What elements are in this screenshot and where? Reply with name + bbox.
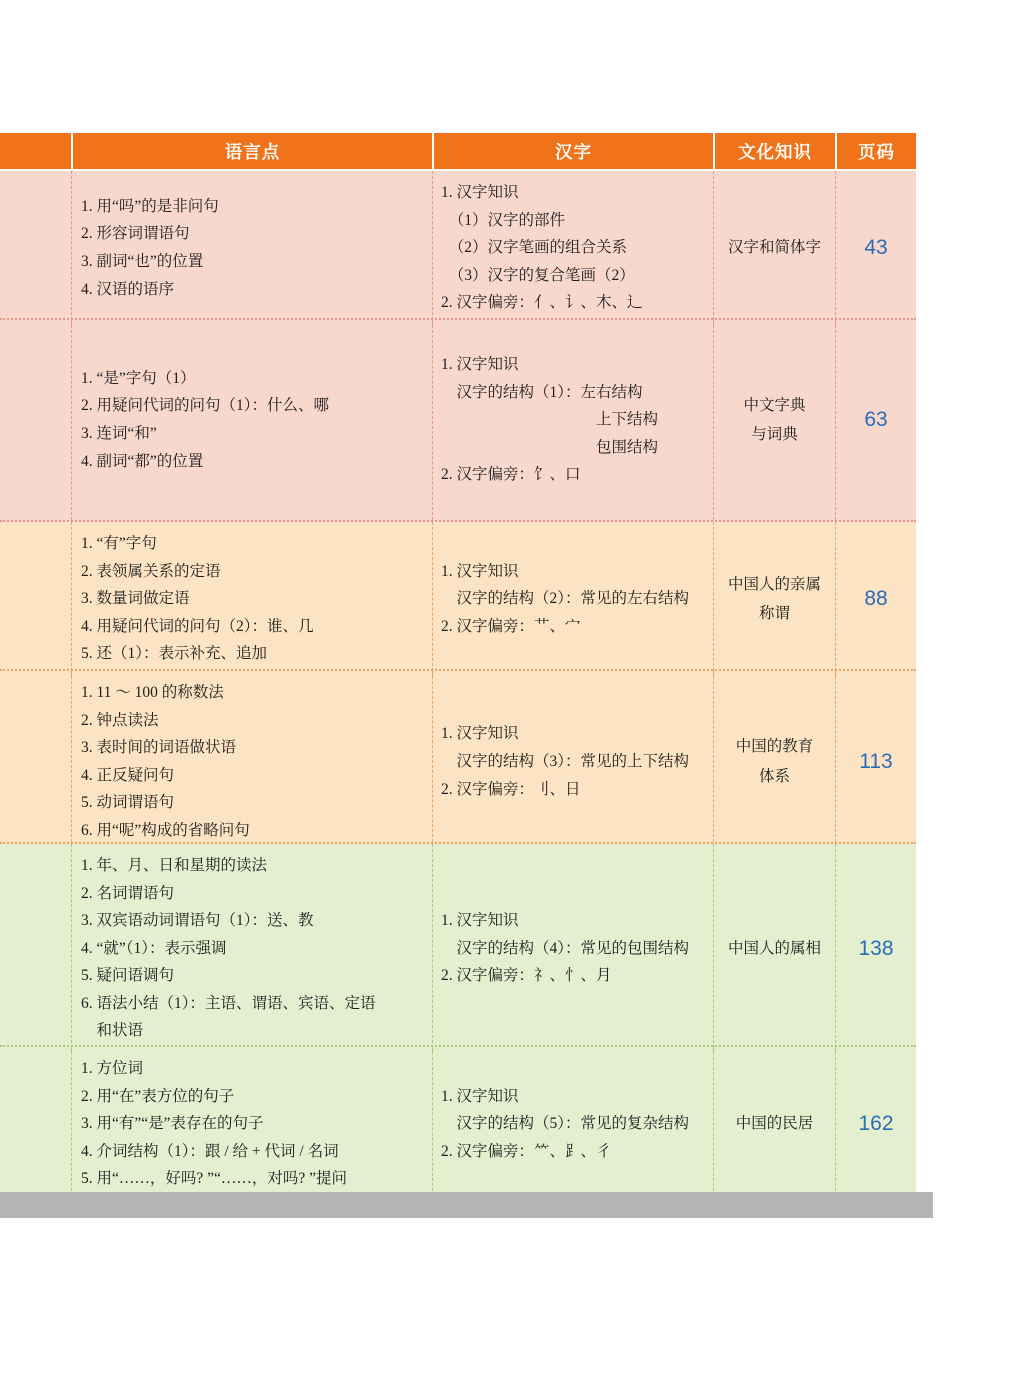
language-points-cell: 1. “有”字句 2. 表领属关系的定语 3. 数量词做定语 4. 用疑问代词的…	[71, 522, 432, 676]
language-points-cell: 1. 用“吗”的是非问句 2. 形容词谓语句 3. 副词“也”的位置 4. 汉语…	[71, 171, 432, 325]
header-cell-spacer	[0, 133, 71, 169]
table-row: 1. 年、月、日和星期的读法 2. 名词谓语句 3. 双宾语动词谓语句（1）：送…	[0, 844, 916, 1047]
culture-cell: 中国的民居	[713, 1047, 835, 1201]
header-cell-hanzi: 汉字	[432, 133, 713, 169]
table-row: 1. 11 ～ 100 的称数法 2. 钟点读法 3. 表时间的词语做状语 4.…	[0, 671, 916, 844]
row-spacer-cell	[0, 522, 71, 676]
language-points-cell: 1. “是”字句（1） 2. 用疑问代词的问句（1）：什么、哪 3. 连词“和”…	[71, 320, 432, 520]
row-spacer-cell	[0, 171, 71, 325]
language-points-cell: 1. 11 ～ 100 的称数法 2. 钟点读法 3. 表时间的词语做状语 4.…	[71, 671, 432, 852]
page-number: 162	[835, 1047, 916, 1201]
row-spacer-cell	[0, 320, 71, 520]
culture-cell: 汉字和简体字	[713, 171, 835, 325]
row-spacer-cell	[0, 844, 71, 1053]
table-row: 1. “有”字句 2. 表领属关系的定语 3. 数量词做定语 4. 用疑问代词的…	[0, 522, 916, 671]
page-number: 88	[835, 522, 916, 676]
language-points-cell: 1. 年、月、日和星期的读法 2. 名词谓语句 3. 双宾语动词谓语句（1）：送…	[71, 844, 432, 1053]
page-number: 43	[835, 171, 916, 325]
page-number: 63	[835, 320, 916, 520]
page-number: 138	[835, 844, 916, 1053]
hanzi-cell: 1. 汉字知识 汉字的结构（2）：常见的左右结构 2. 汉字偏旁：艹、宀	[432, 522, 713, 676]
hanzi-cell: 1. 汉字知识 汉字的结构（5）：常见的复杂结构 2. 汉字偏旁：⺮、⻊、彳	[432, 1047, 713, 1201]
header-cell-language-points: 语言点	[71, 133, 432, 169]
table-row: 1. 方位词 2. 用“在”表方位的句子 3. 用“有”“是”表存在的句子 4.…	[0, 1047, 916, 1192]
toc-table: 语言点 汉字 文化知识 页码 1. 用“吗”的是非问句 2. 形容词谓语句 3.…	[0, 133, 916, 1192]
hanzi-cell: 1. 汉字知识 汉字的结构（4）：常见的包围结构 2. 汉字偏旁：礻、忄、月	[432, 844, 713, 1053]
hanzi-cell: 1. 汉字知识 （1）汉字的部件 （2）汉字笔画的组合关系 （3）汉字的复合笔画…	[432, 171, 713, 325]
culture-cell: 中国人的亲属 称谓	[713, 522, 835, 676]
table-row: 1. 用“吗”的是非问句 2. 形容词谓语句 3. 副词“也”的位置 4. 汉语…	[0, 171, 916, 320]
culture-cell: 中国人的属相	[713, 844, 835, 1053]
table-row: 1. “是”字句（1） 2. 用疑问代词的问句（1）：什么、哪 3. 连词“和”…	[0, 320, 916, 522]
culture-cell: 中文字典 与词典	[713, 320, 835, 520]
hanzi-cell: 1. 汉字知识 汉字的结构（1）：左右结构 上下结构 包围结构 2. 汉字偏旁：…	[432, 320, 713, 520]
header-cell-page: 页码	[835, 133, 916, 169]
table-header-row: 语言点 汉字 文化知识 页码	[0, 133, 916, 171]
hanzi-cell: 1. 汉字知识 汉字的结构（3）：常见的上下结构 2. 汉字偏旁：刂、日	[432, 671, 713, 852]
page-number: 113	[835, 671, 916, 852]
language-points-cell: 1. 方位词 2. 用“在”表方位的句子 3. 用“有”“是”表存在的句子 4.…	[71, 1047, 432, 1201]
culture-cell: 中国的教育 体系	[713, 671, 835, 852]
page-footer-bar	[0, 1192, 933, 1218]
row-spacer-cell	[0, 671, 71, 852]
header-cell-culture: 文化知识	[713, 133, 835, 169]
row-spacer-cell	[0, 1047, 71, 1201]
